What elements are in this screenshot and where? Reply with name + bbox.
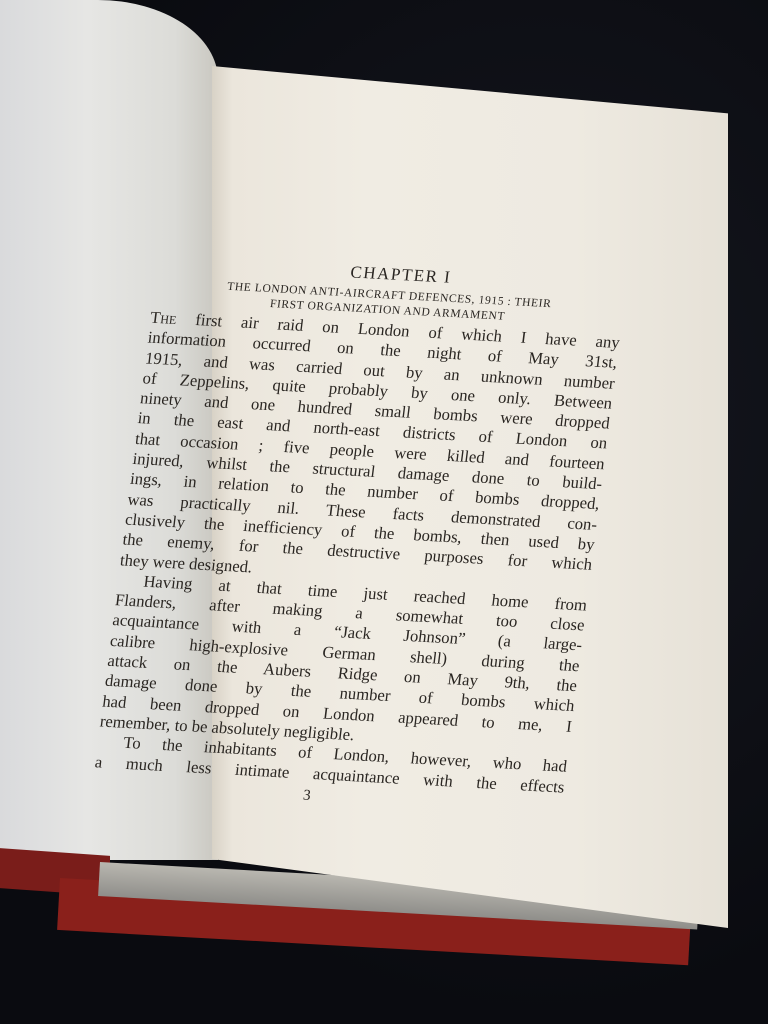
drop-word: The xyxy=(149,308,177,328)
paragraph-2: Having at that time just reached home fr… xyxy=(99,570,588,757)
paragraph-1: The first air raid on London of which I … xyxy=(119,308,621,596)
page-text: CHAPTER I THE LONDON ANTI-AIRCRAFT DEFEN… xyxy=(91,240,629,818)
